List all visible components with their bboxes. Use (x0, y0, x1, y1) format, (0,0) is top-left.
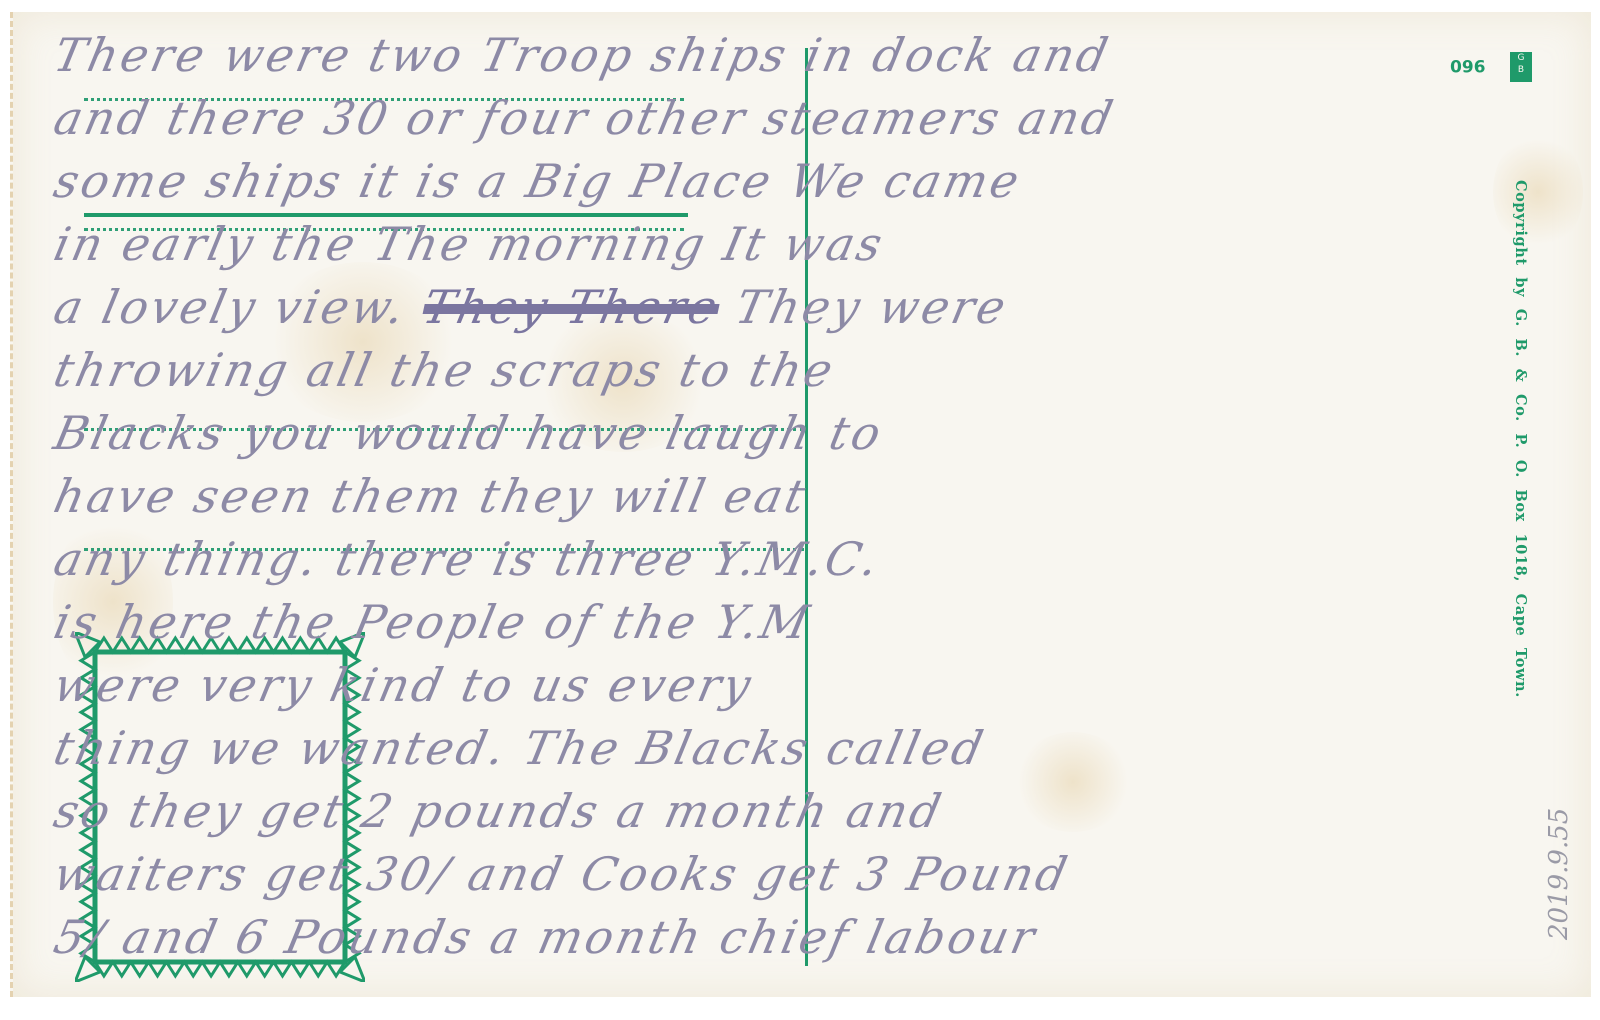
handwritten-line: in early the The morning It was (49, 217, 890, 271)
handwritten-line: were very kind to us every (49, 658, 758, 712)
handwritten-line: throwing all the scraps to the (49, 343, 840, 397)
handwritten-line: have seen them they will eat (49, 469, 812, 523)
publisher-logo-icon: GB (1510, 52, 1532, 82)
handwritten-line: so they get 2 pounds a month and (49, 784, 948, 838)
archive-number-text: 2019.9.55 (1544, 808, 1574, 940)
paper-stain (1013, 732, 1133, 832)
handwritten-line: 5/ and 6 Pounds a month chief labour (49, 910, 1042, 964)
handwritten-line: Blacks you would have laugh to (49, 406, 888, 460)
handwritten-line: thing we wanted. The Blacks called (49, 721, 990, 775)
handwritten-line: and there 30 or four other steamers and (49, 91, 1120, 145)
struck-out-text: They There (418, 280, 724, 334)
paper-stain (1493, 132, 1583, 252)
handwritten-line: some ships it is a Big Place We came (49, 154, 1026, 208)
handwritten-line: waiters get 30/ and Cooks get 3 Pound (49, 847, 1074, 901)
handwritten-line: There were two Troop ships in dock and (49, 28, 1115, 82)
publisher-number: 960 (1450, 55, 1486, 75)
handwritten-line: a lovely view. They There They were (49, 280, 1013, 334)
handwritten-line: any thing. there is three Y.M.C. (49, 532, 886, 586)
copyright-text: Copyright by G. B. & Co. P. O. Box 1018,… (1512, 180, 1529, 698)
handwritten-line: is here the People of the Y.M (49, 595, 816, 649)
